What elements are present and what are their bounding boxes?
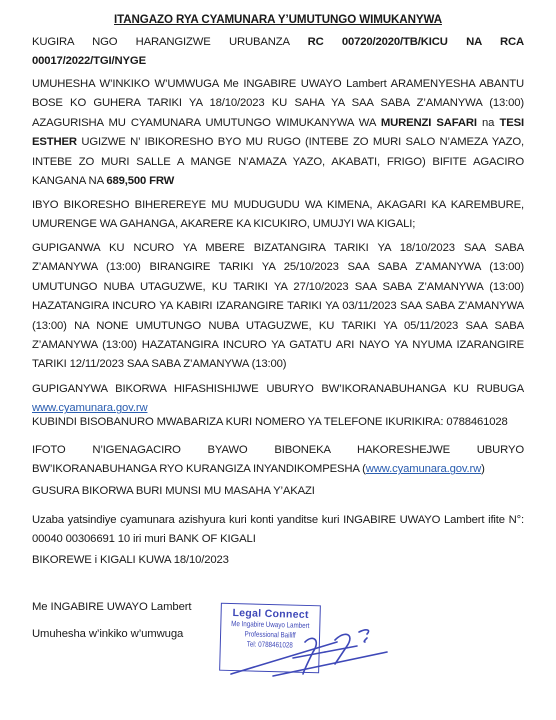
photos-info: IFOTO N’IGENAGACIRO BYAWO BIBONEKA HAKOR…: [32, 441, 524, 480]
photos-info-close: ): [481, 463, 485, 475]
announcement-connector: na: [477, 117, 500, 129]
asset-location: IBYO BIKORESHO BIHEREREYE MU MUDUGUDU WA…: [32, 196, 524, 235]
official-stamp: Legal Connect Me Ingabire Uwayo Lambert …: [219, 603, 321, 674]
visit-info: GUSURA BIKORWA BURI MUNSI MU MASAHA Y’AK…: [32, 482, 524, 501]
asset-value: 689,500 FRW: [106, 175, 174, 187]
signatory-name: Me INGABIRE UWAYO Lambert: [32, 601, 191, 613]
case-reference-prefix: KUGIRA NGO HARANGIZWE URUBANZA: [32, 36, 308, 48]
case-reference: KUGIRA NGO HARANGIZWE URUBANZA RC 00720/…: [32, 33, 524, 72]
document-title: ITANGAZO RYA CYAMUNARA Y’UMUTUNGO WIMUKA…: [32, 13, 524, 26]
auction-announcement: UMUHESHA W’INKIKO W’UMWUGA Me INGABIRE U…: [32, 75, 524, 191]
signatory-role: Umuhesha w’inkiko w’umwuga: [32, 628, 183, 640]
signed-place-date: BIKOREWE i KIGALI KUWA 18/10/2023: [32, 551, 524, 570]
payment-info: Uzaba yatsindiye cyamunara azishyura kur…: [32, 511, 524, 550]
stamp-phone: Tel: 0788461028: [230, 639, 311, 651]
contact-info: KUBINDI BISOBANURO MWABARIZA KURI NOMERO…: [32, 413, 524, 432]
owner-name-1: MURENZI SAFARI: [381, 117, 477, 129]
bidding-method-text: GUPIGANYWA BIKORWA HIFASHISHIJWE UBURYO …: [32, 383, 524, 395]
cyamunara-link-2[interactable]: www.cyamunara.gov.rw: [366, 463, 481, 475]
bidding-schedule: GUPIGANWA KU NCURO YA MBERE BIZATANGIRA …: [32, 239, 524, 375]
